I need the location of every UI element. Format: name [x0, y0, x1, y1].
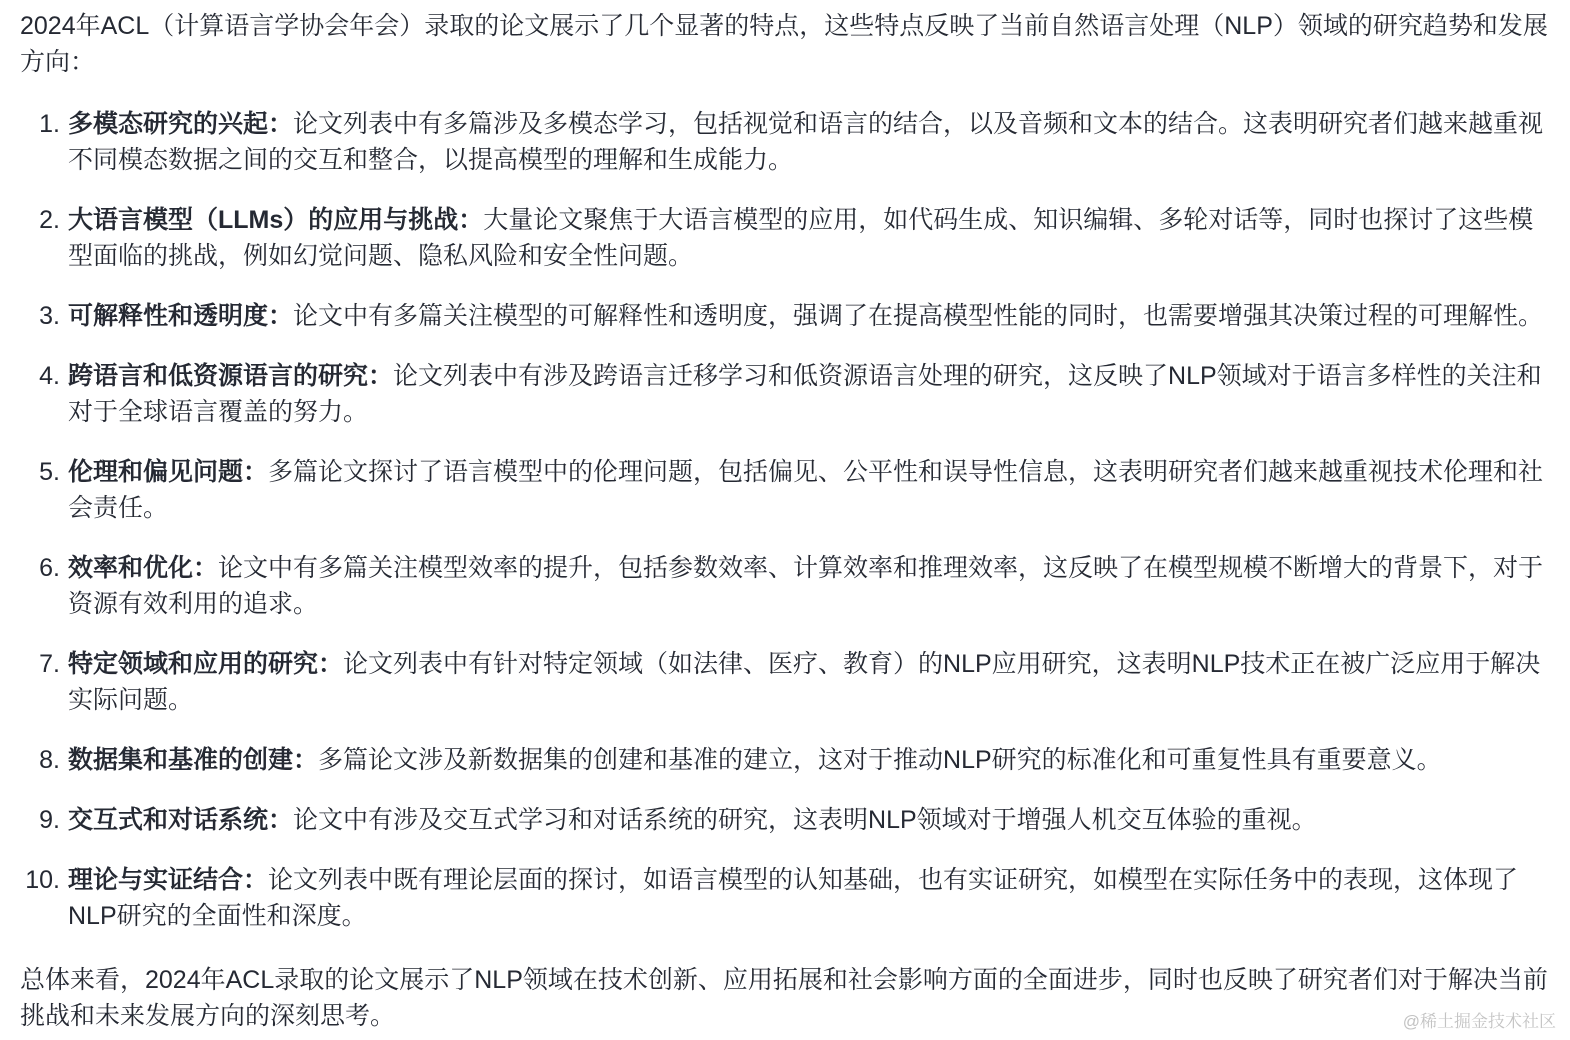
item-number: 5.: [20, 454, 68, 526]
list-item: 4. 跨语言和低资源语言的研究：论文列表中有涉及跨语言迁移学习和低资源语言处理的…: [20, 358, 1550, 430]
item-title: 理论与实证结合：: [68, 866, 268, 894]
item-title: 跨语言和低资源语言的研究：: [68, 362, 393, 390]
intro-paragraph: 2024年ACL（计算语言学协会年会）录取的论文展示了几个显著的特点，这些特点反…: [20, 8, 1550, 80]
item-text: 论文列表中既有理论层面的探讨，如语言模型的认知基础，也有实证研究，如模型在实际任…: [68, 866, 1518, 930]
item-content: 多模态研究的兴起：论文列表中有多篇涉及多模态学习，包括视觉和语言的结合，以及音频…: [68, 106, 1550, 178]
list-item: 3. 可解释性和透明度：论文中有多篇关注模型的可解释性和透明度，强调了在提高模型…: [20, 298, 1550, 334]
list-item: 2. 大语言模型（LLMs）的应用与挑战：大量论文聚焦于大语言模型的应用，如代码…: [20, 202, 1550, 274]
item-title: 大语言模型（LLMs）的应用与挑战：: [68, 206, 483, 234]
item-title: 多模态研究的兴起：: [68, 110, 293, 138]
item-number: 7.: [20, 646, 68, 718]
item-text: 论文中有涉及交互式学习和对话系统的研究，这表明NLP领域对于增强人机交互体验的重…: [293, 806, 1317, 834]
list-item: 6. 效率和优化：论文中有多篇关注模型效率的提升，包括参数效率、计算效率和推理效…: [20, 550, 1550, 622]
item-text: 多篇论文探讨了语言模型中的伦理问题，包括偏见、公平性和误导性信息，这表明研究者们…: [68, 458, 1543, 522]
item-content: 特定领域和应用的研究：论文列表中有针对特定领域（如法律、医疗、教育）的NLP应用…: [68, 646, 1550, 718]
item-title: 效率和优化：: [68, 554, 218, 582]
article-body: 2024年ACL（计算语言学协会年会）录取的论文展示了几个显著的特点，这些特点反…: [0, 0, 1570, 1034]
item-content: 伦理和偏见问题：多篇论文探讨了语言模型中的伦理问题，包括偏见、公平性和误导性信息…: [68, 454, 1550, 526]
item-content: 效率和优化：论文中有多篇关注模型效率的提升，包括参数效率、计算效率和推理效率，这…: [68, 550, 1550, 622]
item-content: 可解释性和透明度：论文中有多篇关注模型的可解释性和透明度，强调了在提高模型性能的…: [68, 298, 1550, 334]
item-text: 多篇论文涉及新数据集的创建和基准的建立，这对于推动NLP研究的标准化和可重复性具…: [318, 746, 1442, 774]
list-item: 10. 理论与实证结合：论文列表中既有理论层面的探讨，如语言模型的认知基础，也有…: [20, 862, 1550, 934]
item-content: 交互式和对话系统：论文中有涉及交互式学习和对话系统的研究，这表明NLP领域对于增…: [68, 802, 1550, 838]
item-text: 论文中有多篇关注模型的可解释性和透明度，强调了在提高模型性能的同时，也需要增强其…: [293, 302, 1543, 330]
list-item: 1. 多模态研究的兴起：论文列表中有多篇涉及多模态学习，包括视觉和语言的结合，以…: [20, 106, 1550, 178]
list-item: 8. 数据集和基准的创建：多篇论文涉及新数据集的创建和基准的建立，这对于推动NL…: [20, 742, 1550, 778]
feature-list: 1. 多模态研究的兴起：论文列表中有多篇涉及多模态学习，包括视觉和语言的结合，以…: [20, 106, 1550, 934]
item-title: 可解释性和透明度：: [68, 302, 293, 330]
item-content: 大语言模型（LLMs）的应用与挑战：大量论文聚焦于大语言模型的应用，如代码生成、…: [68, 202, 1550, 274]
item-text: 论文中有多篇关注模型效率的提升，包括参数效率、计算效率和推理效率，这反映了在模型…: [68, 554, 1543, 618]
item-number: 10.: [20, 862, 68, 934]
list-item: 7. 特定领域和应用的研究：论文列表中有针对特定领域（如法律、医疗、教育）的NL…: [20, 646, 1550, 718]
item-content: 数据集和基准的创建：多篇论文涉及新数据集的创建和基准的建立，这对于推动NLP研究…: [68, 742, 1550, 778]
item-number: 4.: [20, 358, 68, 430]
item-content: 跨语言和低资源语言的研究：论文列表中有涉及跨语言迁移学习和低资源语言处理的研究，…: [68, 358, 1550, 430]
conclusion-paragraph: 总体来看，2024年ACL录取的论文展示了NLP领域在技术创新、应用拓展和社会影…: [20, 962, 1550, 1034]
item-number: 9.: [20, 802, 68, 838]
item-content: 理论与实证结合：论文列表中既有理论层面的探讨，如语言模型的认知基础，也有实证研究…: [68, 862, 1550, 934]
list-item: 5. 伦理和偏见问题：多篇论文探讨了语言模型中的伦理问题，包括偏见、公平性和误导…: [20, 454, 1550, 526]
list-item: 9. 交互式和对话系统：论文中有涉及交互式学习和对话系统的研究，这表明NLP领域…: [20, 802, 1550, 838]
item-number: 2.: [20, 202, 68, 274]
item-number: 8.: [20, 742, 68, 778]
item-number: 6.: [20, 550, 68, 622]
item-title: 特定领域和应用的研究：: [68, 650, 343, 678]
watermark: @稀土掘金技术社区: [1403, 1012, 1556, 1032]
item-title: 伦理和偏见问题：: [68, 458, 268, 486]
item-title: 数据集和基准的创建：: [68, 746, 318, 774]
item-title: 交互式和对话系统：: [68, 806, 293, 834]
item-number: 1.: [20, 106, 68, 178]
item-number: 3.: [20, 298, 68, 334]
